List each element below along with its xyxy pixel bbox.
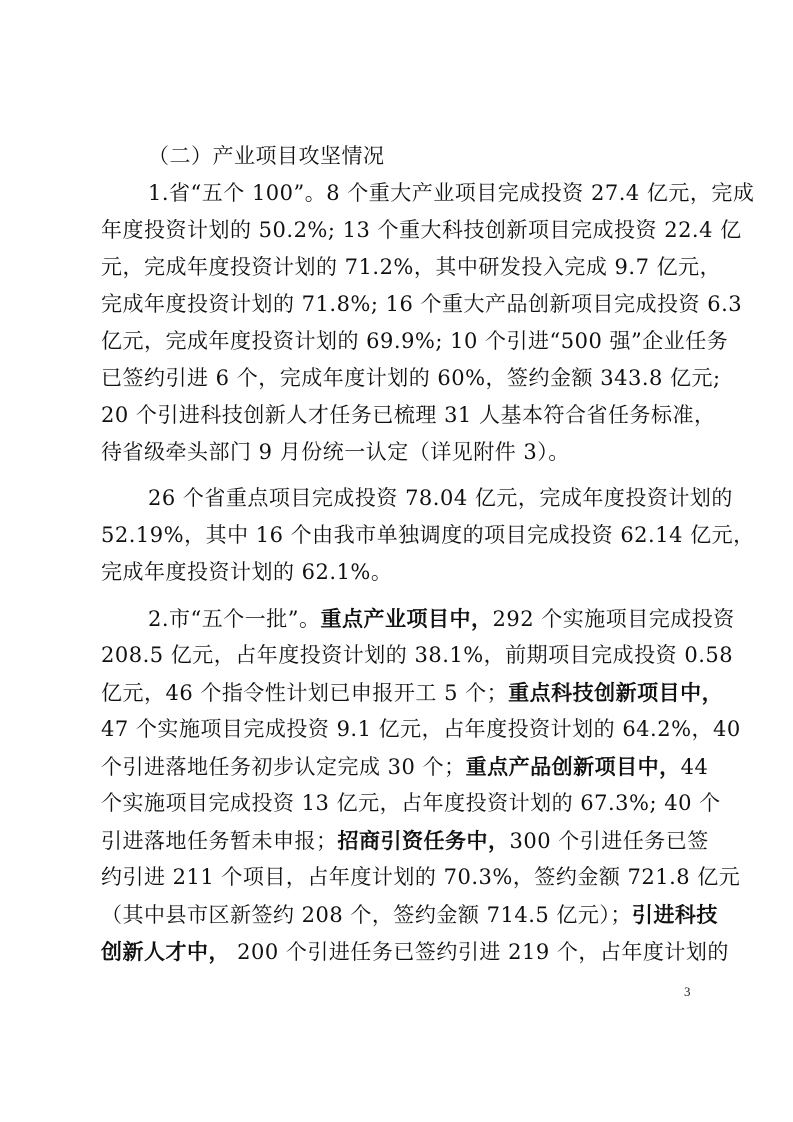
bold-text: 招商引资任务中， (338, 828, 510, 853)
text-line: 已签约引进 6 个，完成年度计划的 60%，签约金额 343.8 亿元; (101, 360, 694, 397)
text-line: 元，完成年度投资计划的 71.2%，其中研发投入完成 9.7 亿元， (101, 249, 694, 286)
bold-text: 创新人才中， (101, 939, 230, 964)
paragraph-province-key-projects: 26 个省重点项目完成投资 78.04 亿元，完成年度投资计划的 52.19%，… (101, 480, 694, 591)
text-span: 个引进落地任务初步认定完成 30 个； (101, 755, 466, 779)
text-span: （其中县市区新签约 208 个，签约金额 714.5 亿元）； (101, 903, 632, 927)
document-body: （二）产业项目攻坚情况 1.省“五个 100”。8 个重大产业项目完成投资 27… (101, 138, 694, 970)
text-line: 2.市“五个一批”。重点产业项目中，292 个实施项目完成投资 (101, 600, 694, 637)
text-span: 2.市“五个一批”。 (148, 607, 321, 631)
text-line: 个引进落地任务初步认定完成 30 个；重点产品创新项目中，44 (101, 748, 694, 785)
text-line: 完成年度投资计划的 62.1%。 (101, 554, 694, 591)
text-line: 创新人才中， 200 个引进任务已签约引进 219 个，占年度计划的 (101, 933, 694, 970)
text-line: 个实施项目完成投资 13 亿元，占年度投资计划的 67.3%; 40 个 (101, 785, 694, 822)
text-span: 200 个引进任务已签约引进 219 个，占年度计划的 (230, 940, 729, 964)
text-span: 约引进 211 个项目，占年度计划的 70.3%，签约金额 721.8 亿元 (101, 865, 740, 889)
text-line: 待省级牵头部门 9 月份统一认定（详见附件 3）。 (101, 434, 694, 471)
text-line: 年度投资计划的 50.2%; 13 个重大科技创新项目完成投资 22.4 亿 (101, 212, 694, 249)
section-heading: （二）产业项目攻坚情况 (101, 138, 694, 175)
bold-text: 重点产业项目中， (321, 606, 493, 631)
bold-text: 重点科技创新项目中， (508, 680, 723, 705)
paragraph-city-five-batch: 2.市“五个一批”。重点产业项目中，292 个实施项目完成投资 208.5 亿元… (101, 600, 694, 970)
bold-text: 重点产品创新项目中， (466, 754, 681, 779)
paragraph-province-five-100: 1.省“五个 100”。8 个重大产业项目完成投资 27.4 亿元，完成 年度投… (101, 175, 694, 471)
text-line: 52.19%，其中 16 个由我市单独调度的项目完成投资 62.14 亿元， (101, 517, 694, 554)
text-span: 亿元，46 个指令性计划已申报开工 5 个； (101, 681, 508, 705)
text-line: 47 个实施项目完成投资 9.1 亿元，占年度投资计划的 64.2%，40 (101, 711, 694, 748)
bold-text: 引进科技 (632, 902, 718, 927)
text-line: 208.5 亿元，占年度投资计划的 38.1%，前期项目完成投资 0.58 (101, 637, 694, 674)
page-number: 3 (684, 984, 691, 1000)
text-line: （其中县市区新签约 208 个，签约金额 714.5 亿元）；引进科技 (101, 896, 694, 933)
text-span: 47 个实施项目完成投资 9.1 亿元，占年度投资计划的 64.2%，40 (101, 717, 741, 741)
text-line: 20 个引进科技创新人才任务已梳理 31 人基本符合省任务标准， (101, 397, 694, 434)
text-line: 约引进 211 个项目，占年度计划的 70.3%，签约金额 721.8 亿元 (101, 859, 694, 896)
text-span: 44 (681, 755, 709, 779)
text-span: 292 个实施项目完成投资 (493, 607, 735, 631)
text-line: 亿元，完成年度投资计划的 69.9%; 10 个引进“500 强”企业任务 (101, 323, 694, 360)
text-span: 300 个引进任务已签 (510, 829, 709, 853)
text-span: 个实施项目完成投资 13 亿元，占年度投资计划的 67.3%; 40 个 (101, 791, 721, 815)
text-line: 亿元，46 个指令性计划已申报开工 5 个；重点科技创新项目中， (101, 674, 694, 711)
text-line: 引进落地任务暂未申报；招商引资任务中，300 个引进任务已签 (101, 822, 694, 859)
text-line: 26 个省重点项目完成投资 78.04 亿元，完成年度投资计划的 (101, 480, 694, 517)
text-line: 1.省“五个 100”。8 个重大产业项目完成投资 27.4 亿元，完成 (101, 175, 694, 212)
text-span: 208.5 亿元，占年度投资计划的 38.1%，前期项目完成投资 0.58 (101, 643, 733, 667)
text-span: 引进落地任务暂未申报； (101, 829, 338, 853)
text-line: 完成年度投资计划的 71.8%; 16 个重大产品创新项目完成投资 6.3 (101, 286, 694, 323)
